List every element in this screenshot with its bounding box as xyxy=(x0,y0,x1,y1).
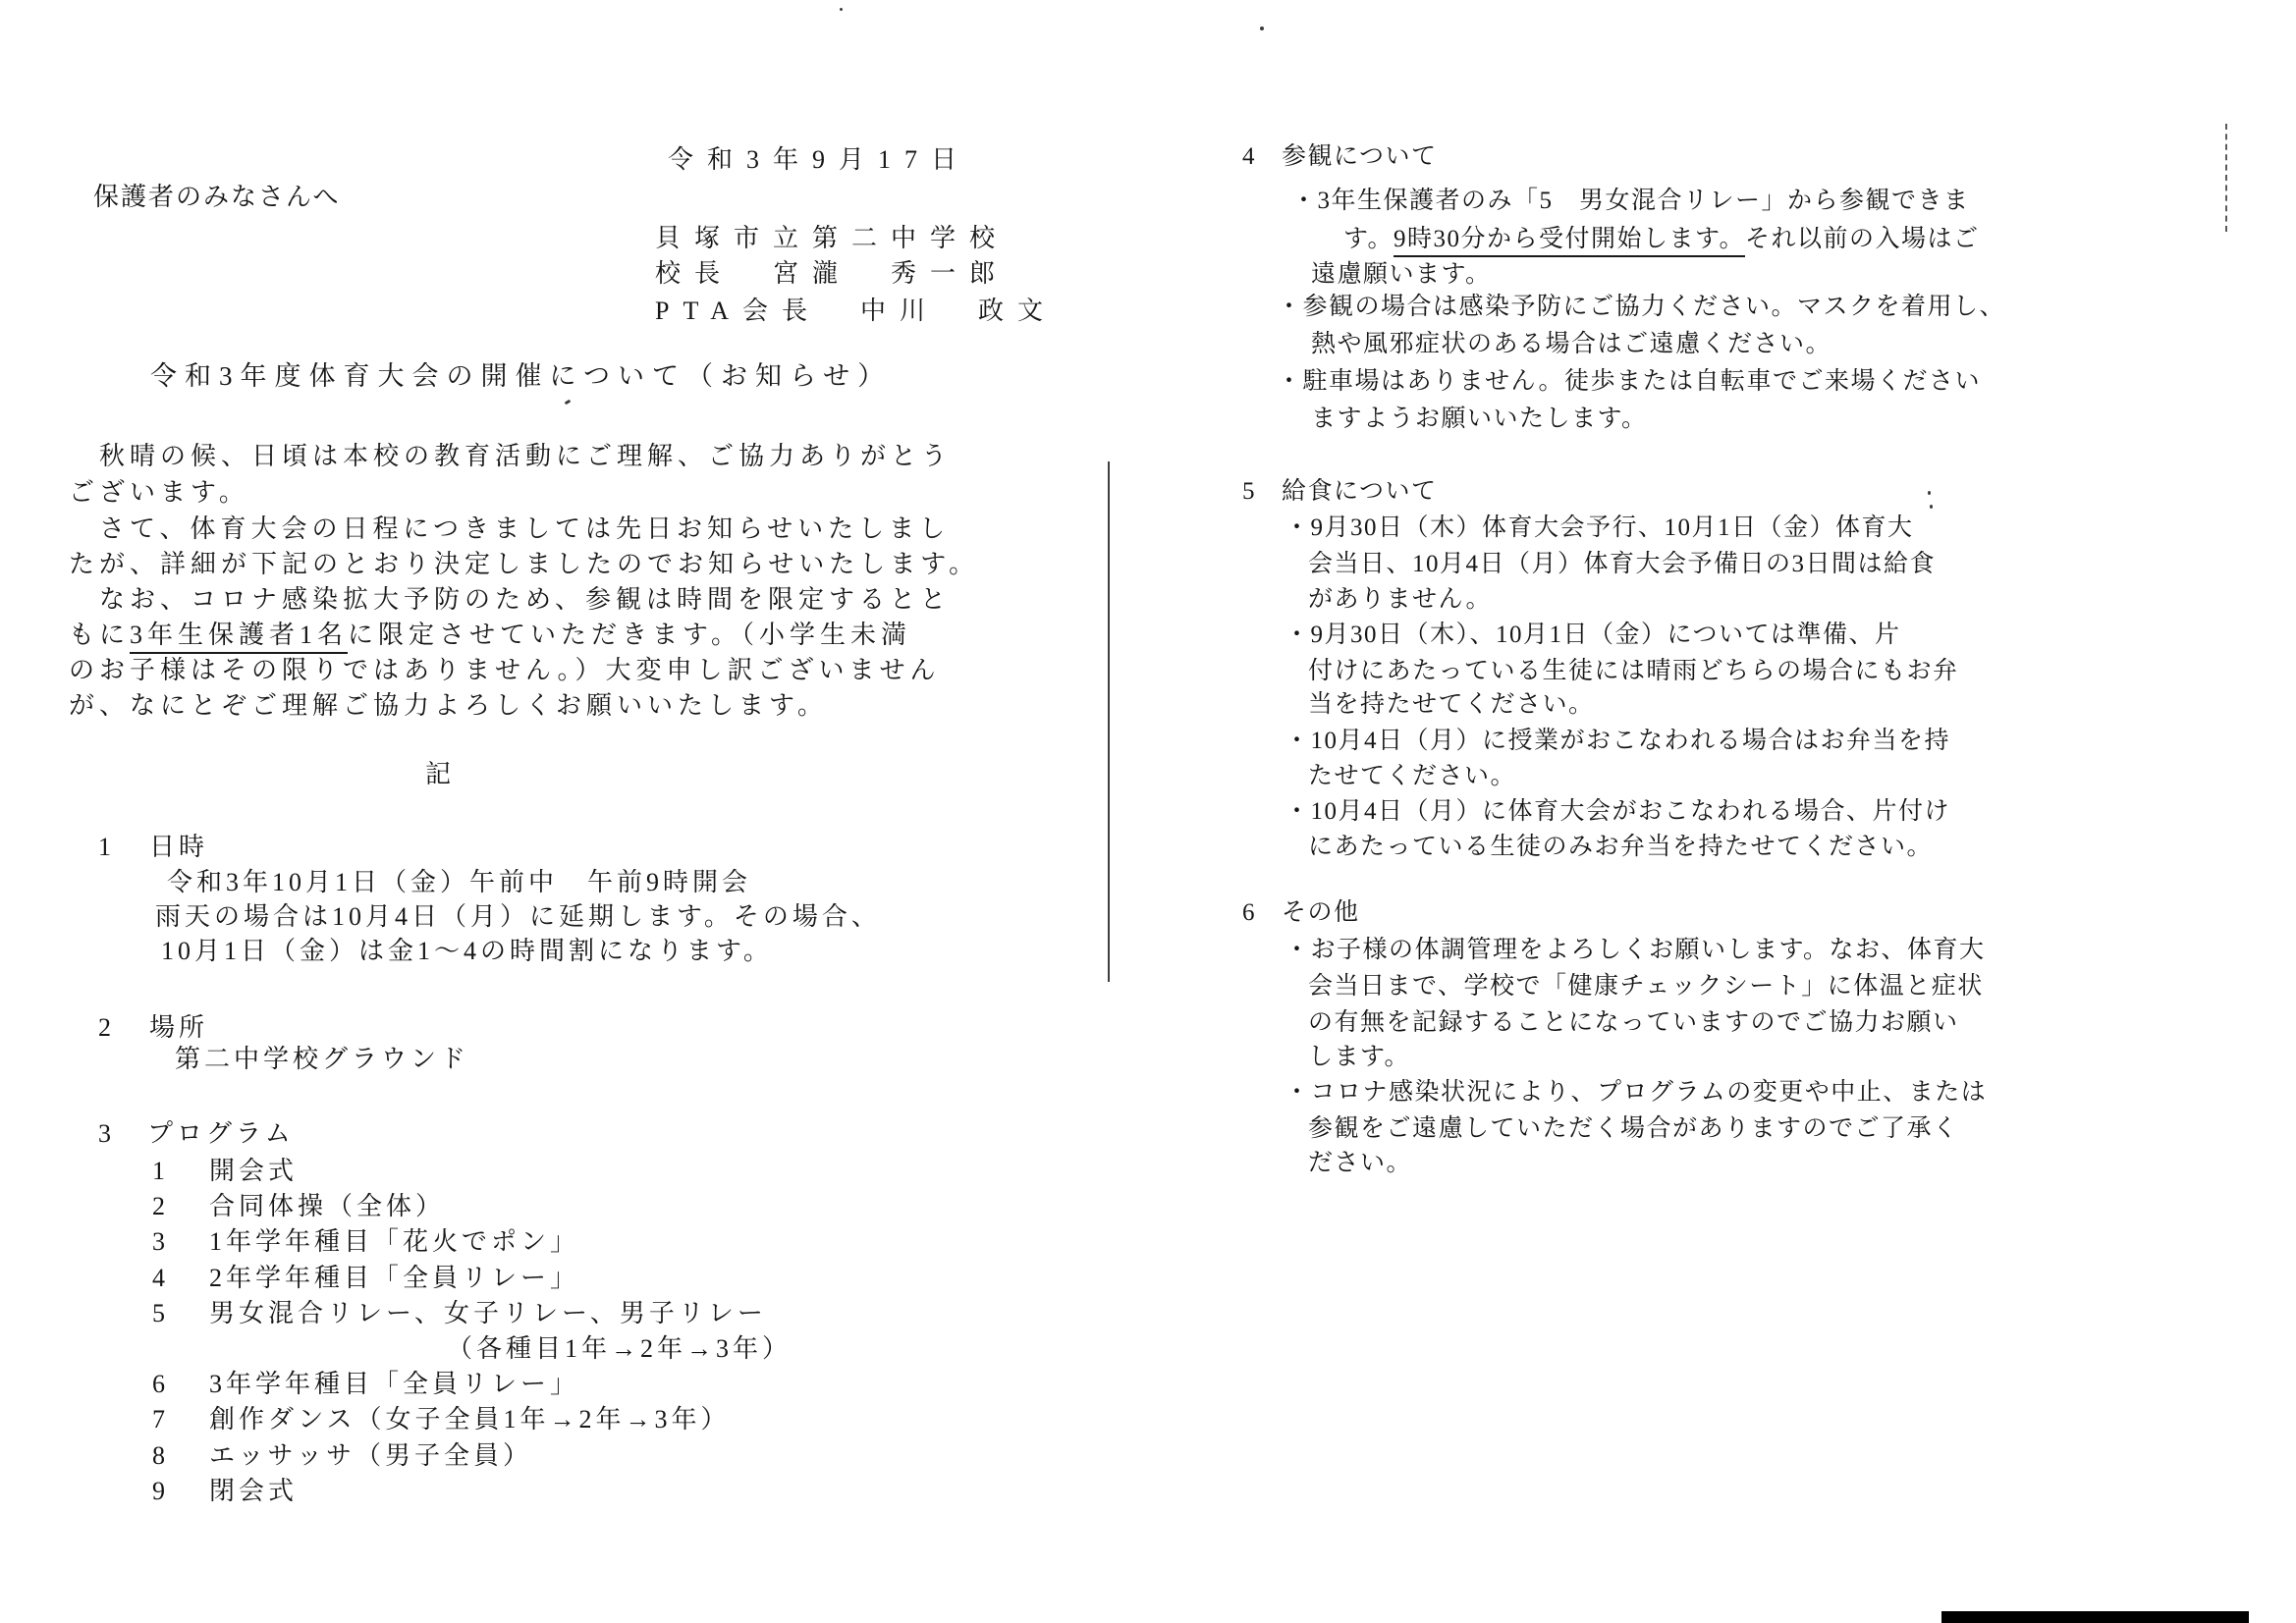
program-item-number: 2 xyxy=(152,1192,209,1221)
program-item-number: 9 xyxy=(152,1477,209,1506)
program-item-text: 閉会式 xyxy=(209,1477,298,1505)
section-heading: その他 xyxy=(1282,899,1360,928)
bullet-line: にあたっている生徒のみお弁当を持たせてください。 xyxy=(1308,834,1933,862)
scan-dashed-line xyxy=(2225,124,2227,232)
program-item-number: 6 xyxy=(152,1370,209,1399)
section-heading: 給食について xyxy=(1282,478,1438,507)
program-item-number: 4 xyxy=(152,1264,209,1293)
program-item: 8エッサッサ（男子全員） xyxy=(152,1441,532,1471)
program-item: 7創作ダンス（女子全員1年→2年→3年） xyxy=(152,1405,730,1434)
bullet-line: ますようお願いいたします。 xyxy=(1311,406,1648,434)
program-item: 5男女混合リレー、女子リレー、男子リレー xyxy=(152,1299,767,1328)
bullet-line: ・コロナ感染状況により、プログラムの変更や中止、または xyxy=(1285,1079,1987,1108)
bullet-line: 参観をご遠慮していただく場合がありますのでご了承く xyxy=(1308,1115,1959,1144)
issue-date: 令和3年9月17日 xyxy=(668,145,970,175)
bullet-line: 付けにあたっている生徒には晴雨どちらの場合にもお弁 xyxy=(1308,658,1959,686)
section-heading: 参観について xyxy=(1282,143,1438,172)
schedule-line: 令和3年10月1日（金）午前中 午前9時開会 xyxy=(167,868,751,897)
program-item-note: （各種目1年→2年→3年） xyxy=(447,1334,792,1364)
scan-speck xyxy=(1260,27,1264,30)
intro-line: が、なにとぞご理解ご協力よろしくお願いいたします。 xyxy=(69,691,828,721)
intro-line: たが、詳細が下記のとおり決定しましたのでお知らせいたします。 xyxy=(69,550,979,579)
intro-line: さて、体育大会の日程につきましては先日お知らせいたしまし xyxy=(69,514,950,544)
program-item-text: 合同体操（全体） xyxy=(209,1192,445,1220)
school-name: 貝塚市立第二中学校 xyxy=(655,224,1009,253)
bullet-line: 当を持たせてください。 xyxy=(1308,691,1595,720)
program-item: 63年学年種目「全員リレー」 xyxy=(152,1370,579,1399)
section-number: 1 xyxy=(98,833,115,862)
bullet-line: ・3年生保護者のみ「5 男女混合リレー」から参観できま xyxy=(1291,188,1970,216)
bullet-line: す。9時30分から受付開始します。それ以前の入場はご xyxy=(1343,226,1980,254)
scan-speck xyxy=(565,400,572,406)
program-item: 31年学年種目「花火でポン」 xyxy=(152,1227,579,1257)
bullet-line: たせてください。 xyxy=(1308,763,1516,791)
section-heading: 日時 xyxy=(149,833,208,862)
scan-speck xyxy=(1930,505,1933,509)
section-number: 5 xyxy=(1242,478,1256,507)
program-item-text: エッサッサ（男子全員） xyxy=(209,1441,532,1470)
underlined-text: 9時30分から受付開始します。 xyxy=(1394,226,1745,257)
bullet-line-post: それ以前の入場はご xyxy=(1745,226,1980,252)
intro-line-post: に限定させていただきます。（小学生未満 xyxy=(348,621,911,649)
document-title: 令和3年度体育大会の開催について（お知らせ） xyxy=(150,361,892,392)
bullet-line: ・9月30日（木）、10月1日（金）については準備、片 xyxy=(1285,622,1901,650)
program-item-number: 3 xyxy=(152,1227,209,1257)
program-item-number: 7 xyxy=(152,1405,209,1434)
bullet-line: 熱や風邪症状のある場合はご遠慮ください。 xyxy=(1311,331,1831,359)
program-item-text: 2年学年種目「全員リレー」 xyxy=(209,1264,579,1292)
intro-line: のお子様はその限りではありません。）大変申し訳ございません xyxy=(69,656,941,685)
bullet-line: 遠慮願います。 xyxy=(1311,261,1492,290)
pta-chair-name: PTA会長 中川 政文 xyxy=(655,297,1057,326)
bullet-line: ・参観の場合は感染予防にご協力ください。マスクを着用し、 xyxy=(1277,294,2005,322)
principal-name: 校長 宮瀧 秀一郎 xyxy=(655,259,1009,289)
bullet-line: ・10月4日（月）に授業がおこなわれる場合はお弁当を持 xyxy=(1285,728,1950,756)
program-item-text: 男女混合リレー、女子リレー、男子リレー xyxy=(209,1299,767,1327)
scanned-notice-page: 令和3年9月17日 保護者のみなさんへ 貝塚市立第二中学校 校長 宮瀧 秀一郎 … xyxy=(0,0,2296,1623)
section-number: 3 xyxy=(98,1119,115,1149)
intro-line: ございます。 xyxy=(69,478,249,508)
program-item-text: 創作ダンス（女子全員1年→2年→3年） xyxy=(209,1405,730,1434)
program-item: 1開会式 xyxy=(152,1157,298,1186)
program-item: 42年学年種目「全員リレー」 xyxy=(152,1264,579,1293)
bullet-line: します。 xyxy=(1308,1044,1410,1072)
bullet-line: ・9月30日（木）体育大会予行、10月1日（金）体育大 xyxy=(1285,514,1914,543)
intro-line: もに3年生保護者1名に限定させていただきます。（小学生未満 xyxy=(69,621,911,650)
bullet-line: ・10月4日（月）に体育大会がおこなわれる場合、片付け xyxy=(1285,798,1950,827)
schedule-line: 10月1日（金）は金1～4の時間割になります。 xyxy=(161,937,773,966)
section-heading: プログラム xyxy=(147,1119,295,1149)
bullet-line: ・お子様の体調管理をよろしくお願いします。なお、体育大 xyxy=(1285,937,1986,965)
bullet-line: 会当日まで、学校で「健康チェックシート」に体温と症状 xyxy=(1308,973,1984,1001)
bullet-line: がありません。 xyxy=(1308,586,1492,615)
program-item: 2合同体操（全体） xyxy=(152,1192,445,1221)
intro-line: なお、コロナ感染拡大予防のため、参観は時間を限定するとと xyxy=(69,585,951,615)
section-number: 6 xyxy=(1242,899,1256,928)
intro-line-pre: もに xyxy=(69,621,130,649)
scan-speck xyxy=(1928,491,1931,495)
program-item-text: 3年学年種目「全員リレー」 xyxy=(209,1370,579,1398)
bullet-line: ださい。 xyxy=(1308,1150,1412,1178)
scan-speck xyxy=(840,8,843,11)
section-number: 4 xyxy=(1242,143,1256,172)
scan-noise-bar xyxy=(1941,1611,2249,1623)
section-heading: 場所 xyxy=(149,1013,208,1043)
program-item-text: 開会式 xyxy=(209,1157,298,1185)
recipient-line: 保護者のみなさんへ xyxy=(93,183,340,212)
intro-line: 秋晴の候、日頃は本校の教育活動にご理解、ご協力ありがとう xyxy=(69,442,952,471)
bullet-line-pre: す。 xyxy=(1343,226,1394,252)
program-item-number: 5 xyxy=(152,1299,209,1328)
program-item-number: 8 xyxy=(152,1441,209,1471)
underlined-text: 3年生保護者1名 xyxy=(130,621,348,654)
section-number: 2 xyxy=(98,1013,115,1043)
location-line: 第二中学校グラウンド xyxy=(175,1045,469,1074)
program-item-text: 1年学年種目「花火でポン」 xyxy=(209,1227,579,1256)
schedule-line: 雨天の場合は10月4日（月）に延期します。その場合、 xyxy=(155,902,881,932)
bullet-line: 会当日、10月4日（月）体育大会予備日の3日間は給食 xyxy=(1308,551,1936,579)
record-marker: 記 xyxy=(425,760,456,789)
bullet-line: ・駐車場はありません。徒歩または自転車でご来場ください xyxy=(1277,368,1981,397)
program-item-number: 1 xyxy=(152,1157,209,1186)
program-item: 9閉会式 xyxy=(152,1477,298,1506)
bullet-line: の有無を記録することになっていますのでご協力お願い xyxy=(1308,1009,1959,1038)
scan-fold-line xyxy=(1108,461,1110,982)
